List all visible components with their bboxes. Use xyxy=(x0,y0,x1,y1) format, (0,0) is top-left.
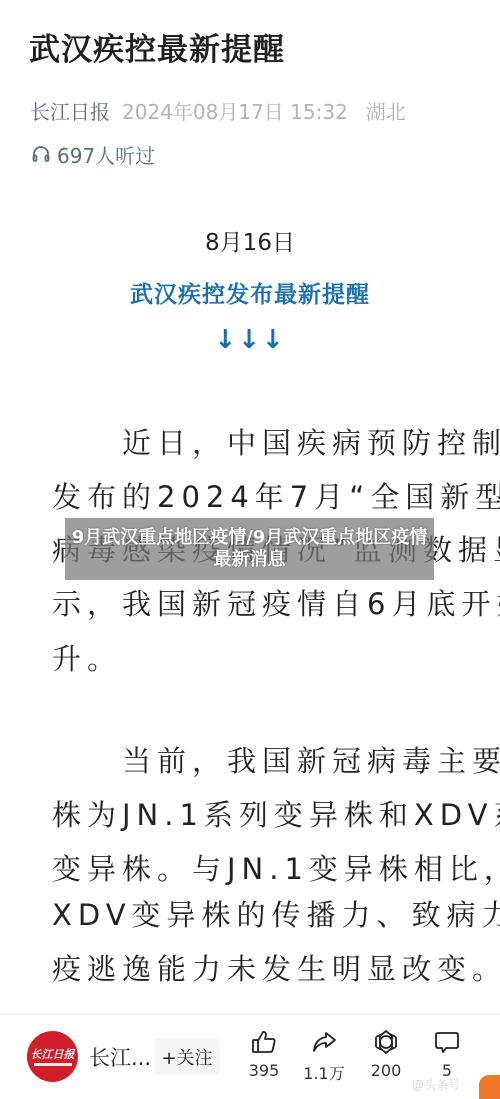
follow-button[interactable]: +关注 xyxy=(154,1038,220,1075)
author-avatar[interactable]: 长江日报 xyxy=(27,1031,78,1082)
favorite-icon xyxy=(372,1028,400,1056)
listen-button[interactable]: 697人听过 xyxy=(31,140,155,168)
share-icon xyxy=(310,1028,338,1056)
favorite-count: 200 xyxy=(371,1061,402,1080)
content-headline: 武汉疾控发布最新提醒 xyxy=(0,276,500,309)
source-link[interactable]: 长江日报 xyxy=(30,96,110,125)
down-arrows-icon: ↓↓↓ xyxy=(0,325,500,355)
footer-divider xyxy=(0,1013,500,1015)
listen-count: 697人听过 xyxy=(57,140,155,169)
favorite-button[interactable]: 200 xyxy=(356,1028,416,1088)
logo-band xyxy=(34,1063,72,1066)
paragraph-line: 示，我国新冠疫情自6月底开始回 xyxy=(52,584,452,624)
headphones-icon xyxy=(31,144,51,164)
paragraph-line: 变异株。与JN.1变异株相比， xyxy=(52,849,452,889)
logo-text: 长江日报 xyxy=(31,1048,75,1061)
paragraph-line: XDV变异株的传播力、致病力和免 xyxy=(52,895,452,935)
like-count: 395 xyxy=(249,1061,280,1080)
publish-datetime: 2024年08月17日 15:32 xyxy=(122,96,348,125)
author-name[interactable]: 长江... xyxy=(89,1042,151,1072)
thumbs-up-icon xyxy=(250,1028,278,1056)
caption-text: 9月武汉重点地区疫情/9月武汉重点地区疫情最新消息 xyxy=(65,527,434,571)
share-count: 1.1万 xyxy=(303,1061,344,1084)
paragraph-line: 当前，我国新冠病毒主要流行 xyxy=(52,741,452,781)
article-title: 武汉疾控最新提醒 xyxy=(29,30,285,70)
article-meta: 长江日报 2024年08月17日 15:32 湖北 xyxy=(30,96,406,124)
share-button[interactable]: 1.1万 xyxy=(294,1028,354,1088)
date-heading: 8月16日 xyxy=(0,224,500,257)
paragraph-line: 近日，中国疾病预防控制中心 xyxy=(52,423,452,463)
paragraph-line: 发布的2024年7月“全国新型冠状 xyxy=(52,477,452,517)
comment-icon xyxy=(433,1028,461,1056)
like-button[interactable]: 395 xyxy=(234,1028,294,1088)
watermark-badge-icon xyxy=(479,1075,500,1099)
caption-overlay: 9月武汉重点地区疫情/9月武汉重点地区疫情最新消息 xyxy=(65,518,434,580)
paragraph-line: 疫逃逸能力未发生明显改变。 xyxy=(52,949,452,989)
article-page: 武汉疾控最新提醒 长江日报 2024年08月17日 15:32 湖北 697人听… xyxy=(0,0,500,1099)
region-label: 湖北 xyxy=(366,96,406,125)
paragraph-line: 株为JN.1系列变异株和XDV系列 xyxy=(52,795,452,835)
paragraph-line: 升。 xyxy=(52,639,452,679)
watermark-text: @头条号 xyxy=(412,1076,460,1093)
